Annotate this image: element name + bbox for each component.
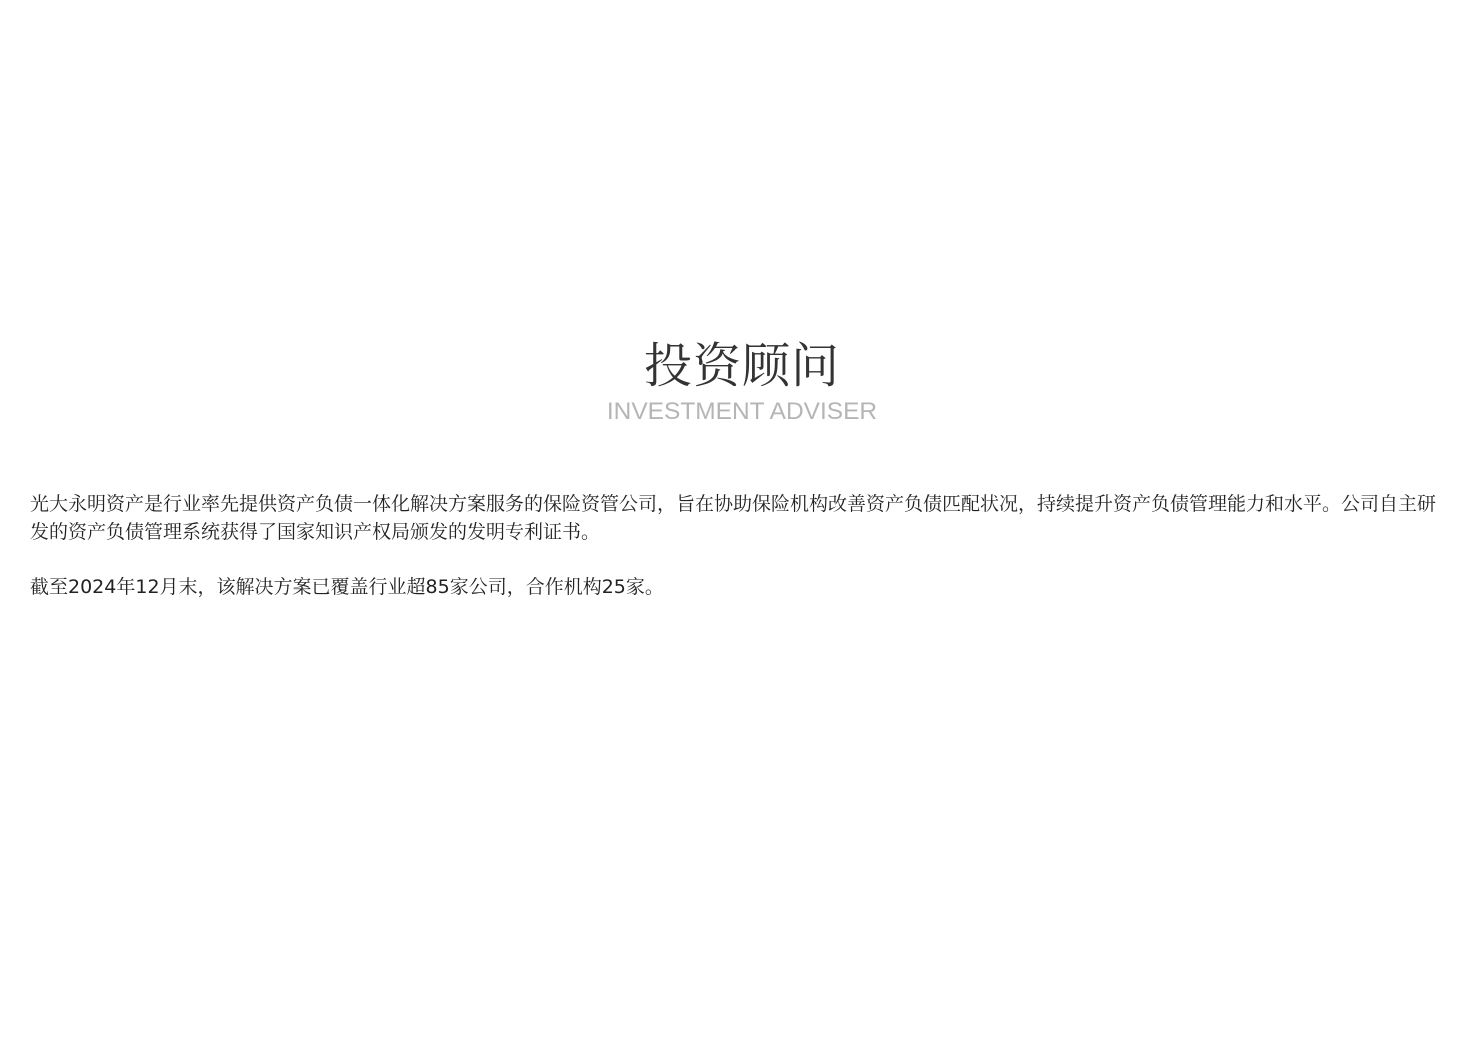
section-body: 光大永明资产是行业率先提供资产负债一体化解决方案服务的保险资管公司，旨在协助保险… — [30, 490, 1442, 601]
intro-paragraph: 光大永明资产是行业率先提供资产负债一体化解决方案服务的保险资管公司，旨在协助保险… — [30, 490, 1442, 546]
section-heading: 投资顾问 INVESTMENT ADVISER — [0, 336, 1460, 425]
coverage-paragraph: 截至2024年12月末，该解决方案已覆盖行业超85家公司，合作机构25家。 — [30, 573, 1442, 601]
section-title-chinese: 投资顾问 — [0, 336, 1460, 396]
investment-adviser-section: 投资顾问 INVESTMENT ADVISER 光大永明资产是行业率先提供资产负… — [0, 0, 1460, 1037]
section-title-english: INVESTMENT ADVISER — [0, 399, 1460, 425]
